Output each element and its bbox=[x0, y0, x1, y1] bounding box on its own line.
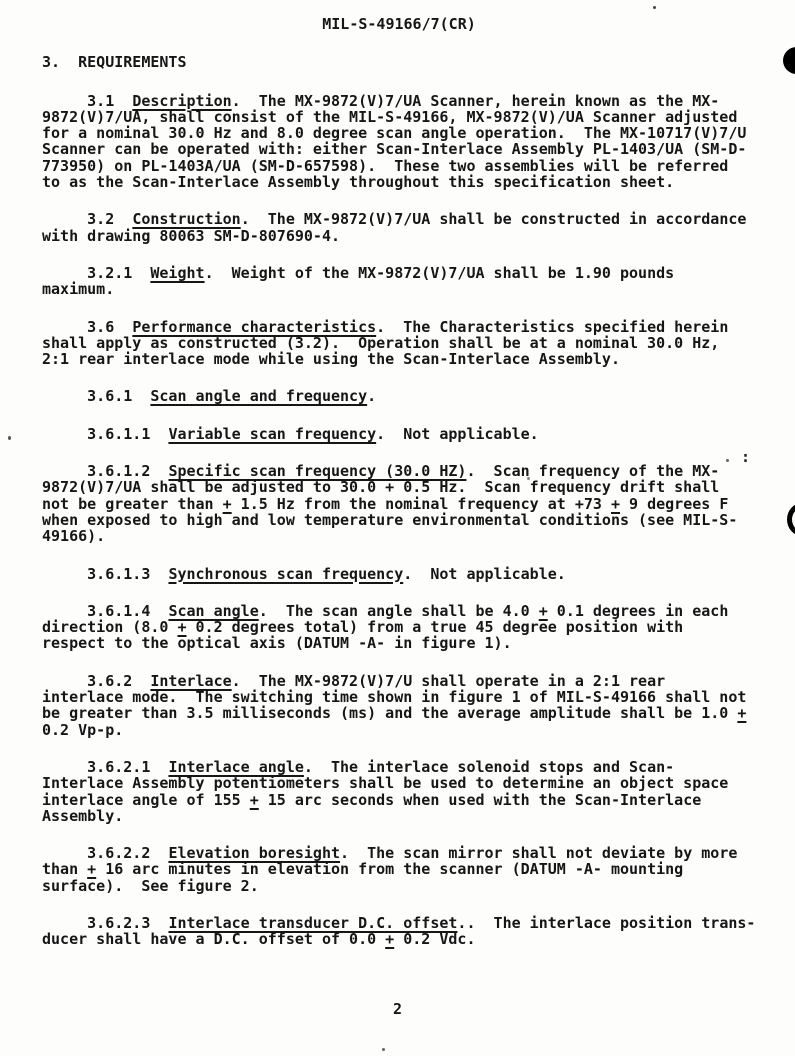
scan-speck bbox=[527, 477, 530, 480]
page-number: 2 bbox=[0, 1001, 795, 1017]
paragraph-3-6-1-1: 3.6.1.1 Variable scan frequency. Not app… bbox=[42, 426, 756, 442]
punch-hole-ring-icon bbox=[787, 503, 795, 536]
paragraph-title: Description bbox=[132, 92, 231, 110]
paragraph-text: 3.6.2 bbox=[42, 672, 150, 690]
paragraph-3-2-1: 3.2.1 Weight. Weight of the MX-9872(V)7/… bbox=[42, 265, 756, 298]
paragraph-title: Scan angle and frequency bbox=[150, 387, 367, 405]
paragraph-text: 3.1 bbox=[42, 92, 132, 110]
paragraph-text: 0.2 Vdc. bbox=[394, 930, 475, 948]
paragraph-text: 3.6 bbox=[42, 318, 132, 336]
plus-minus-sign: + bbox=[385, 930, 394, 948]
paragraph-title: Specific scan frequency (30.0 HZ) bbox=[168, 462, 466, 480]
paragraph-text: . bbox=[367, 387, 376, 405]
plus-minus-sign: + bbox=[223, 495, 232, 513]
paragraph-text: 0.2 Vp-p. bbox=[42, 721, 123, 739]
document-body: 3.1 Description. The MX-9872(V)7/UA Scan… bbox=[42, 93, 756, 948]
scan-speck bbox=[8, 436, 11, 440]
document-content: MIL-S-49166/7(CR) 3. REQUIREMENTS 3.1 De… bbox=[42, 16, 756, 969]
paragraph-text: 3.6.1 bbox=[42, 387, 150, 405]
paragraph-3-1: 3.1 Description. The MX-9872(V)7/UA Scan… bbox=[42, 93, 756, 191]
document-header-title: MIL-S-49166/7(CR) bbox=[42, 16, 756, 32]
paragraph-3-6-1: 3.6.1 Scan angle and frequency. bbox=[42, 388, 756, 404]
paragraph-text: 3.6.1.1 bbox=[42, 425, 168, 443]
paragraph-title: Interlace transducer D.C. offset bbox=[168, 914, 457, 932]
paragraph-text: 3.6.2.2 bbox=[42, 844, 168, 862]
paragraph-text: 3.6.2.1 bbox=[42, 758, 168, 776]
paragraph-3-6-1-3: 3.6.1.3 Synchronous scan frequency. Not … bbox=[42, 566, 756, 582]
paragraph-text: 16 arc minutes in elevation from the sca… bbox=[42, 860, 683, 894]
paragraph-title: Synchronous scan frequency bbox=[168, 565, 403, 583]
paragraph-text: . Not applicable. bbox=[376, 425, 539, 443]
paragraph-title: Elevation boresight bbox=[168, 844, 340, 862]
paragraph-text: . The scan angle shall be 4.0 bbox=[259, 602, 539, 620]
paragraph-text: 3.6.1.4 bbox=[42, 602, 168, 620]
plus-minus-sign: + bbox=[611, 495, 620, 513]
paragraph-text: 3.2.1 bbox=[42, 264, 150, 282]
document-page: MIL-S-49166/7(CR) 3. REQUIREMENTS 3.1 De… bbox=[0, 0, 795, 1056]
paragraph-3-6-1-2: 3.6.1.2 Specific scan frequency (30.0 HZ… bbox=[42, 463, 756, 544]
paragraph-3-6-2-1: 3.6.2.1 Interlace angle. The interlace s… bbox=[42, 759, 756, 824]
plus-minus-sign: + bbox=[87, 860, 96, 878]
scan-speck bbox=[382, 1048, 385, 1051]
paragraph-3-6-2-3: 3.6.2.3 Interlace transducer D.C. offset… bbox=[42, 915, 756, 948]
paragraph-title: Interlace angle bbox=[168, 758, 303, 776]
scan-speck bbox=[726, 459, 729, 462]
plus-minus-sign: + bbox=[250, 791, 259, 809]
paragraph-text: 3.6.1.2 bbox=[42, 462, 168, 480]
plus-minus-sign: + bbox=[177, 618, 186, 636]
punch-hole-mark-icon bbox=[783, 47, 795, 74]
scan-speck bbox=[653, 6, 656, 9]
paragraph-3-6: 3.6 Performance characteristics. The Cha… bbox=[42, 319, 756, 368]
plus-minus-sign: + bbox=[539, 602, 548, 620]
paragraph-3-2: 3.2 Construction. The MX-9872(V)7/UA sha… bbox=[42, 211, 756, 244]
paragraph-title: Variable scan frequency bbox=[168, 425, 376, 443]
paragraph-title: Interlace bbox=[150, 672, 231, 690]
section-heading-requirements: 3. REQUIREMENTS bbox=[42, 54, 756, 70]
paragraph-title: Construction bbox=[132, 210, 240, 228]
paragraph-3-6-2-2: 3.6.2.2 Elevation boresight. The scan mi… bbox=[42, 845, 756, 894]
paragraph-text: 3.2 bbox=[42, 210, 132, 228]
paragraph-text: . Not applicable. bbox=[403, 565, 566, 583]
paragraph-text: 3.6.2.3 bbox=[42, 914, 168, 932]
paragraph-text: 1.5 Hz from the nominal frequency at +73 bbox=[232, 495, 611, 513]
paragraph-3-6-1-4: 3.6.1.4 Scan angle. The scan angle shall… bbox=[42, 603, 756, 652]
paragraph-text: 3.6.1.3 bbox=[42, 565, 168, 583]
paragraph-title: Scan angle bbox=[168, 602, 258, 620]
plus-minus-sign: + bbox=[737, 704, 746, 722]
paragraph-title: Performance characteristics bbox=[132, 318, 376, 336]
stray-colon-mark: : bbox=[741, 449, 750, 465]
paragraph-title: Weight bbox=[150, 264, 204, 282]
paragraph-3-6-2: 3.6.2 Interlace. The MX-9872(V)7/U shall… bbox=[42, 673, 756, 738]
